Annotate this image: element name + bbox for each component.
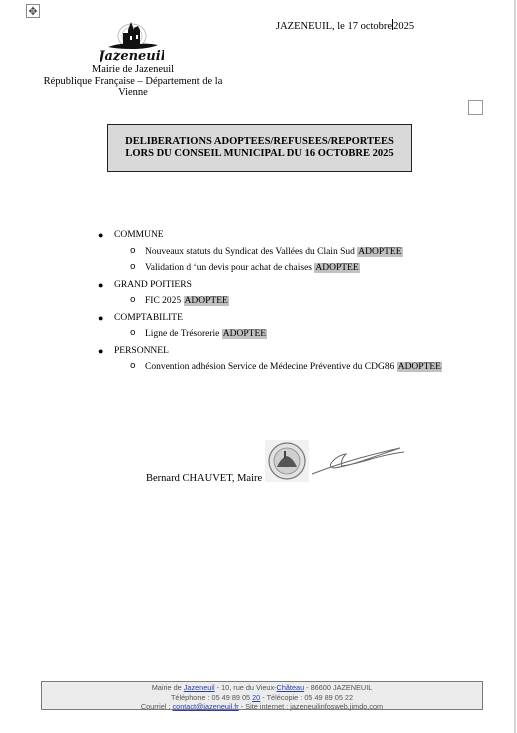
category-item: ● COMMUNE: [98, 229, 498, 246]
deliberations-list: ● COMMUNE o Nouveaux statuts du Syndicat…: [98, 229, 498, 378]
page-edge: [514, 0, 516, 733]
signatory-name: Bernard CHAUVET, Maire: [146, 473, 262, 484]
footer-address-line: Mairie de Jazeneuil - 10, rue du Vieux-C…: [42, 683, 482, 693]
sub-bullet-icon: o: [130, 261, 136, 274]
mairie-department-line: Vienne: [40, 87, 226, 99]
mairie-name: Mairie de Jazeneuil: [40, 64, 226, 76]
bullet-icon: ●: [98, 312, 103, 325]
category-item: ● GRAND POITIERS: [98, 279, 498, 296]
bullet-icon: ●: [98, 279, 103, 292]
deliberation-item: o Nouveaux statuts du Syndicat des Vallé…: [98, 246, 498, 263]
deliberation-item: o Convention adhésion Service de Médecin…: [98, 361, 498, 378]
status-badge: ADOPTEE: [314, 263, 359, 273]
email-link[interactable]: contact@jazeneuil.fr: [173, 702, 239, 711]
item-text: FIC 2025: [145, 296, 181, 306]
footer-phone-line: Téléphone : 05 49 89 05 20 - Télécopie :…: [42, 693, 482, 703]
status-badge: ADOPTEE: [184, 296, 229, 306]
table-move-handle-icon[interactable]: ✥: [26, 4, 40, 18]
title-line-2: LORS DU CONSEIL MUNICIPAL DU 16 OCTOBRE …: [125, 148, 393, 161]
category-label: COMMUNE: [114, 229, 164, 242]
document-title-box: DELIBERATIONS ADOPTEES/REFUSEES/REPORTEE…: [107, 124, 412, 172]
date-year: 2025: [393, 21, 414, 32]
status-badge: ADOPTEE: [222, 329, 267, 339]
sub-bullet-icon: o: [130, 245, 136, 258]
footer-contact-box: Mairie de Jazeneuil - 10, rue du Vieux-C…: [41, 681, 483, 710]
sub-bullet-icon: o: [130, 294, 136, 307]
category-label: GRAND POITIERS: [114, 279, 192, 292]
date-text: JAZENEUIL, le 17 octobre: [276, 21, 392, 32]
deliberation-item: o Ligne de Trésorerie ADOPTEE: [98, 328, 498, 345]
item-text: Convention adhésion Service de Médecine …: [145, 362, 394, 372]
bullet-icon: ●: [98, 345, 103, 358]
svg-text:Jazeneuil: Jazeneuil: [100, 49, 164, 64]
signature-scrawl: [308, 440, 408, 480]
item-text: Validation d ‘un devis pour achat de cha…: [145, 263, 312, 273]
mairie-republic-line: République Française – Département de la: [40, 76, 226, 88]
category-label: COMPTABILITE: [114, 312, 183, 325]
bullet-icon: ●: [98, 229, 103, 242]
mairie-address-block: Mairie de Jazeneuil République Française…: [40, 64, 226, 99]
date-line: JAZENEUIL, le 17 octobre2025: [276, 19, 414, 32]
deliberation-item: o FIC 2025 ADOPTEE: [98, 295, 498, 312]
jazeneuil-logo: Jazeneuil: [100, 16, 164, 64]
deliberation-item: o Validation d ‘un devis pour achat de c…: [98, 262, 498, 279]
category-label: PERSONNEL: [114, 345, 169, 358]
category-item: ● COMPTABILITE: [98, 312, 498, 329]
status-badge: ADOPTEE: [357, 247, 402, 257]
sub-bullet-icon: o: [130, 327, 136, 340]
sub-bullet-icon: o: [130, 360, 136, 373]
title-line-1: DELIBERATIONS ADOPTEES/REFUSEES/REPORTEE…: [125, 136, 394, 149]
item-text: Nouveaux statuts du Syndicat des Vallées…: [145, 247, 355, 257]
footer-contact-line: Courriel : contact@jazeneuil.fr - Site i…: [42, 702, 482, 712]
status-badge: ADOPTEE: [397, 362, 442, 372]
official-seal-stamp: [265, 440, 309, 482]
category-item: ● PERSONNEL: [98, 345, 498, 362]
item-text: Ligne de Trésorerie: [145, 329, 219, 339]
text-box-handle[interactable]: [468, 100, 483, 115]
